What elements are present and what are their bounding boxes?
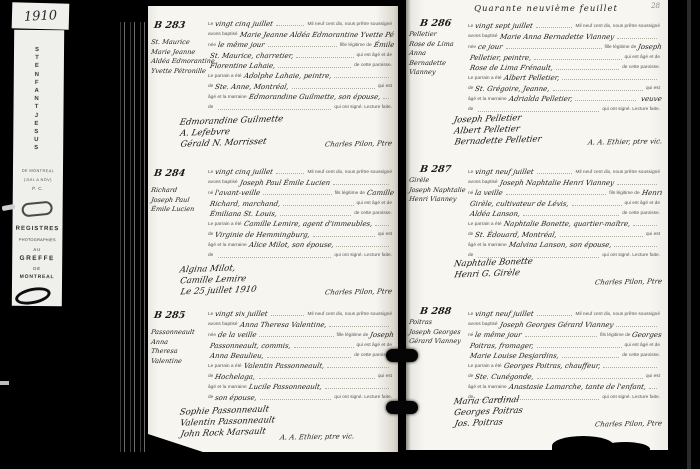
printed-form-text: de — [208, 395, 213, 402]
entry-number: B 284 — [153, 168, 186, 179]
rule-line — [536, 27, 572, 28]
entry-margin-names: St. MauriceMarie JeanneAldéa Edmorantine… — [151, 38, 207, 76]
form-line: de qui ont signé. Lecture faite. — [468, 103, 662, 113]
printed-form-text: Le — [208, 170, 213, 177]
handwritten-text: Joseph Naphtalie Henri Vianney — [499, 179, 615, 187]
printed-form-text: qui ont signé. Lecture faite. — [602, 107, 660, 114]
spine-vertical-title: S T E N F A N T J E S U S — [32, 46, 41, 153]
rule-line — [614, 246, 657, 247]
folio-corner-mark: 28 — [651, 2, 660, 10]
signatures: Algina Milot,Camille LemireLe 25 juillet… — [179, 263, 256, 299]
form-line: Rose de Lima Frénault, de cette paroisse… — [468, 62, 662, 72]
spine-stamp-line: AU — [12, 247, 62, 252]
officiant-signature: Charles Pilon, Ptre — [594, 277, 662, 286]
form-line: Passonneault, commis, qui est âgé et de — [208, 339, 394, 349]
margin-name: Émile Lucien — [150, 205, 207, 215]
handwritten-text: Virginie de Hemmingburg, — [215, 231, 311, 239]
printed-form-text: qui est âgé et de — [625, 343, 660, 350]
handwritten-text: Émile — [373, 41, 394, 49]
paperclip-icon — [21, 201, 53, 218]
printed-form-text: née — [208, 333, 216, 340]
printed-form-text: de cette paroisse. — [354, 211, 392, 218]
spine-year-patch: 1910 — [12, 2, 70, 29]
rule-line — [506, 194, 606, 195]
entry-margin-names: PassonneaultAnnaTheresaValentine — [151, 328, 207, 366]
handwritten-text: Joseph — [638, 43, 662, 51]
handwritten-text: le même jour — [217, 41, 265, 49]
printed-form-text: âgé et la marraine — [468, 385, 507, 392]
margin-name: Girèle — [408, 176, 467, 186]
handwritten-text: Passonneault, commis, — [209, 342, 291, 350]
form-line: né le même jour fils légitime de Georges — [468, 329, 662, 339]
printed-form-text: de — [468, 107, 473, 114]
entry-body: Le vingt neuf juillet Mil neuf cent dix,… — [468, 166, 662, 260]
register-page-left: B 283 St. MauriceMarie JeanneAldéa Edmor… — [148, 6, 398, 452]
form-line: âgé et la marraine Alice Milot, son épou… — [208, 239, 394, 249]
margin-name: Anna — [408, 49, 467, 59]
signatures: Maria CardinalGeorges PoitrasJos. Poitra… — [453, 395, 523, 430]
printed-form-text: qui ont signé. Lecture faite. — [334, 105, 392, 112]
spine-subtitle: P. C. — [13, 186, 63, 191]
rule-line — [313, 236, 375, 237]
handwritten-text: St. Édouard, Montréal, — [475, 231, 558, 239]
form-line: Florentine Lahaie, de cette paroisse. — [208, 60, 394, 70]
rule-line — [383, 98, 389, 99]
rule-line — [617, 38, 657, 39]
handwritten-text: Anna Theresa Valentine, — [239, 321, 327, 329]
rule-line — [218, 257, 331, 258]
rule-line — [327, 367, 389, 368]
printed-form-text: né — [468, 333, 473, 340]
spine-stamp-line: DE — [12, 266, 62, 271]
handwritten-text: Lucile Passonneault, — [248, 383, 322, 391]
printed-form-text: né — [468, 191, 473, 198]
handwritten-text: Aldéa Lanson, — [469, 210, 521, 218]
rule-line — [336, 246, 389, 247]
printed-form-text: née — [468, 45, 476, 52]
printed-form-text: de — [468, 86, 473, 93]
printed-form-text: avons baptisé — [468, 34, 498, 41]
printed-form-text: Mil neuf cent dix, nous prêtre soussigné — [307, 170, 392, 177]
handwritten-text: Adrialda Pelletier, — [508, 95, 573, 103]
form-line: Le vingt cinq juillet Mil neuf cent dix,… — [208, 18, 394, 28]
printed-form-text: âgé et la marraine — [468, 243, 507, 250]
rule-line — [603, 367, 657, 368]
margin-name: Theresa — [150, 347, 207, 357]
printed-form-text: Le parrain a été — [208, 74, 242, 81]
handwritten-text: Georges Poitras, chauffeur, — [503, 362, 601, 370]
handwritten-text: Marie Louise Desjardins, — [469, 352, 559, 360]
form-line: avons baptisé Joseph Naphtalie Henri Via… — [468, 176, 662, 186]
printed-form-text: de cette paroisse. — [622, 353, 660, 360]
printed-form-text: qui est — [378, 374, 392, 381]
printed-form-text: de — [208, 105, 213, 112]
handwritten-text: ce jour — [477, 43, 503, 51]
handwritten-text: Pelletier, peintre, — [469, 54, 532, 62]
signatures: Sophie PassonneaultValentin Passonneault… — [179, 404, 275, 440]
rule-line — [553, 90, 643, 91]
spine-stamp-line: PHOTOGRAPHIES — [12, 238, 62, 242]
margin-name: Vianney — [408, 68, 467, 78]
form-line: de Hochelaga, qui est — [208, 370, 394, 380]
form-line: Anna Beaulieu, de cette paroisse. — [208, 350, 394, 360]
spine-subtitle: (JUIL A NOV) — [13, 177, 63, 182]
form-line: Le parrain a été Adolphe Lahaie, peintre… — [208, 70, 394, 80]
margin-name: Joseph Naphtalie — [408, 186, 467, 196]
form-line: née le même jour fille légitime de Émile — [208, 39, 394, 49]
spine-label: S T E N F A N T J E S U S DE MONTREAL (J… — [12, 30, 64, 306]
rule-line — [276, 173, 304, 174]
handwritten-text: le même jour — [475, 331, 523, 339]
printed-form-text: qui est — [646, 232, 660, 239]
printed-form-text: qui est âgé et de — [357, 201, 392, 208]
spine-year-label: 1910 — [24, 8, 58, 24]
handwritten-text: Naphtalie Bonette, quartier-maître, — [503, 220, 631, 228]
handwritten-text: veuve — [641, 95, 662, 103]
margin-name: Joseph Paul — [150, 196, 207, 206]
printed-form-text: de — [468, 374, 473, 381]
form-line: de St. Édouard, Montréal, qui est — [468, 228, 662, 238]
printed-form-text: avons baptisé — [468, 322, 498, 329]
form-line: né l'avant-veille fils légitime de Camil… — [208, 187, 394, 197]
rule-line — [375, 225, 389, 226]
handwritten-text: vingt sept juillet — [475, 22, 534, 30]
entry-number: B 286 — [419, 18, 452, 29]
rule-line — [537, 315, 573, 316]
rule-line — [268, 46, 337, 47]
officiant-signature: A. A. Ethier, ptre vic. — [587, 137, 663, 146]
signatures: Joseph PelletierAlbert PelletierBernadet… — [453, 112, 541, 148]
rule-line — [633, 225, 657, 226]
printed-form-text: de — [208, 374, 213, 381]
entry-margin-names: GirèleJoseph NaphtalieHenri Vianney — [409, 176, 467, 205]
rule-line — [259, 336, 333, 337]
baptism-entry-b285: B 285 PassonneaultAnnaTheresaValentine L… — [148, 306, 398, 452]
rule-line — [506, 48, 602, 49]
printed-form-text: de — [208, 84, 213, 91]
officiant-signature: Charles Pilon, Ptre — [324, 139, 392, 148]
form-line: âgé et la marraine Anastasie Lamarche, t… — [468, 381, 662, 391]
entry-body: Le vingt neuf juillet Mil neuf cent dix,… — [468, 308, 662, 402]
entry-number: B 283 — [153, 20, 186, 31]
rule-line — [218, 109, 331, 110]
form-line: de Ste. Anne, Montréal, qui est — [208, 80, 394, 90]
form-line: âgé et la marraine Lucile Passonneault, — [208, 381, 394, 391]
form-line: Le vingt six juillet Mil neuf cent dix, … — [208, 308, 394, 318]
margin-name: Aldéa Edmorantine — [150, 57, 207, 67]
entry-margin-names: PoitrasJoseph GeorgesGérard Vianney — [409, 318, 467, 347]
printed-form-text: Le — [208, 312, 213, 319]
rule-line — [616, 326, 657, 327]
entry-number: B 287 — [419, 164, 452, 175]
printed-form-text: Le parrain a été — [468, 222, 502, 229]
rule-line — [534, 59, 621, 60]
printed-form-text: née — [208, 43, 216, 50]
printed-form-text: Le — [468, 24, 473, 31]
handwritten-text: Joseph — [370, 331, 394, 339]
printed-form-text: fille légitime de — [340, 43, 372, 50]
rule-line — [562, 357, 619, 358]
entry-number: B 285 — [153, 310, 186, 321]
handwritten-text: Ste. Anne, Montréal, — [215, 83, 290, 91]
rule-line — [556, 69, 619, 70]
entry-body: Le vingt six juillet Mil neuf cent dix, … — [208, 308, 394, 402]
form-line: née de la veille fille légitime de Josep… — [208, 329, 394, 339]
handwritten-text: Valentin Passonneault, — [243, 362, 325, 370]
printed-form-text: Mil neuf cent dix, nous prêtre soussigné — [575, 170, 660, 177]
margin-name: Bernadette — [408, 59, 467, 69]
printed-form-text: de — [208, 253, 213, 260]
rule-line — [263, 194, 331, 195]
printed-form-text: Le — [208, 22, 213, 29]
baptism-entry-b283: B 283 St. MauriceMarie JeanneAldéa Edmor… — [148, 16, 398, 166]
book-page-edges — [118, 22, 148, 452]
margin-name: Anna — [150, 338, 207, 348]
officiant-signature: A. A. Ethier, ptre vic. — [279, 432, 355, 441]
margin-name: Valentine — [150, 357, 207, 367]
handwritten-text: Camille — [366, 189, 394, 197]
printed-form-text: qui est âgé et de — [357, 343, 392, 350]
rule-line — [537, 173, 573, 174]
baptism-entry-b286: B 286 PelletierRose de LimaAnnaBernadett… — [406, 16, 668, 166]
baptism-entry-b287: B 287 GirèleJoseph NaphtalieHenri Vianne… — [406, 162, 668, 312]
printed-form-text: de — [208, 232, 213, 239]
folio-header: Quarante neuvième feuillet — [451, 4, 641, 14]
binder-post — [386, 349, 418, 362]
officiant-signature: Charles Pilon, Ptre — [324, 287, 392, 296]
printed-form-text: qui est âgé et de — [625, 55, 660, 62]
form-line: de Virginie de Hemmingburg, qui est — [208, 228, 394, 238]
form-line: Marie Louise Desjardins, de cette parois… — [468, 350, 662, 360]
entry-body: Le vingt sept juillet Mil neuf cent dix,… — [468, 20, 662, 114]
handwritten-text: Albert Pelletier, — [503, 74, 560, 82]
form-line: de Ste. Cunégonde, qui est — [468, 370, 662, 380]
form-line: Le parrain a été Naphtalie Bonette, quar… — [468, 218, 662, 228]
handwritten-text: de la veille — [217, 331, 257, 339]
handwritten-text: vingt neuf juillet — [475, 310, 535, 318]
signature: Henri G. Girèle — [453, 268, 534, 282]
form-line: Le vingt cinq juillet Mil neuf cent dix,… — [208, 166, 394, 176]
handwritten-text: Anastasie Lamarche, tante de l'enfant, — [508, 383, 647, 391]
form-line: Richard, marchand, qui est âgé et de — [208, 197, 394, 207]
form-line: avons baptisé Marie Anna Bernadette Vian… — [468, 30, 662, 40]
handwritten-text: Marie Jeanne Aldéa Edmorantine Yvette Pé… — [239, 31, 394, 39]
page-shadow — [600, 442, 650, 456]
handwritten-text: Alice Milot, son épouse, — [248, 241, 334, 249]
printed-form-text: Mil neuf cent dix, nous prêtre soussigné — [575, 24, 660, 31]
handwritten-text: Edmorandine Guilmette, son épouse, — [248, 93, 381, 101]
rule-line — [575, 100, 636, 101]
rule-line — [617, 184, 657, 185]
form-line: Girèle, cultivateur de Lévis, qui est âg… — [468, 197, 662, 207]
printed-form-text: âgé et la marraine — [208, 243, 247, 250]
handwritten-text: Rose de Lima Frénault, — [469, 64, 553, 72]
handwritten-text: Florentine Lahaie, — [209, 62, 276, 70]
handwritten-text: Georges — [632, 331, 662, 339]
rule-line — [267, 357, 351, 358]
rule-line — [560, 236, 643, 237]
printed-form-text: Mil neuf cent dix, nous prêtre soussigné — [575, 312, 660, 319]
form-line: Le parrain a été Valentin Passonneault, — [208, 360, 394, 370]
printed-form-text: de cette paroisse. — [354, 63, 392, 70]
signature: Le 25 juillet 1910 — [179, 285, 257, 299]
form-line: avons baptisé Marie Jeanne Aldéa Edmoran… — [208, 28, 394, 38]
entry-body: Le vingt cinq juillet Mil neuf cent dix,… — [208, 166, 394, 260]
form-line: Le parrain a été Georges Poitras, chauff… — [468, 360, 662, 370]
film-speck — [0, 381, 9, 385]
entry-margin-names: RichardJoseph PaulÉmile Lucien — [151, 186, 207, 215]
spine-stamp-line: MONTREAL — [12, 274, 62, 280]
handwritten-text: Camille Lemire, agent d'immeubles, — [243, 220, 373, 228]
form-line: Émiliana St. Louis, de cette paroisse. — [208, 208, 394, 218]
printed-form-text: Le parrain a été — [208, 364, 242, 371]
rule-line — [271, 315, 305, 316]
form-line: née ce jour fille légitime de Joseph — [468, 41, 662, 51]
handwritten-text: Joseph Georges Gérard Vianney — [499, 321, 614, 329]
printed-form-text: Le parrain a été — [468, 364, 502, 371]
printed-form-text: fils légitime de — [335, 191, 365, 198]
rule-line — [562, 79, 657, 80]
margin-name: Poitras — [408, 318, 467, 328]
form-line: Le vingt neuf juillet Mil neuf cent dix,… — [468, 166, 662, 176]
microfilm-scan: 1910 S T E N F A N T J E S U S DE MONTRE… — [0, 0, 700, 469]
printed-form-text: âgé et la marraine — [208, 95, 247, 102]
printed-form-text: avons baptisé — [208, 322, 238, 329]
rule-line — [537, 347, 622, 348]
handwritten-text: Anna Beaulieu, — [209, 352, 264, 360]
spine-stamp-line: REGISTRES — [12, 226, 62, 232]
rule-line — [278, 67, 351, 68]
form-line: Le vingt neuf juillet Mil neuf cent dix,… — [468, 308, 662, 318]
form-line: Pelletier, peintre, qui est âgé et de — [468, 51, 662, 61]
printed-form-text: qui ont signé. Lecture faite. — [334, 253, 392, 260]
film-edge-strip — [687, 0, 691, 469]
baptism-entry-b288: B 288 PoitrasJoseph GeorgesGérard Vianne… — [406, 304, 668, 450]
handwritten-text: Marie Anna Bernadette Vianney — [499, 33, 615, 41]
printed-form-text: de — [468, 232, 473, 239]
form-line: de St. Grégoire, Jeanne, qui est — [468, 82, 662, 92]
printed-form-text: de cette paroisse. — [622, 65, 660, 72]
rule-line — [296, 57, 353, 58]
rule-line — [325, 388, 389, 389]
rule-line — [294, 347, 354, 348]
rule-line — [478, 111, 599, 112]
spine-subtitle: DE MONTREAL — [13, 168, 63, 173]
handwritten-text: vingt cinq juillet — [215, 168, 274, 176]
handwritten-text: Henri — [641, 189, 662, 197]
printed-form-text: Mil neuf cent dix, nous prêtre soussigné — [307, 22, 392, 29]
printed-form-text: qui est âgé et de — [625, 201, 660, 208]
printed-form-text: fille légitime de — [605, 45, 637, 52]
rule-line — [283, 205, 353, 206]
rule-line — [280, 215, 351, 216]
form-line: âgé et la marraine Malvina Lanson, son é… — [468, 239, 662, 249]
form-line: Aldéa Lanson, de cette paroisse. — [468, 208, 662, 218]
signature: Bernadette Pelletier — [453, 134, 542, 148]
paperclip-icon — [14, 285, 52, 308]
printed-form-text: qui est — [646, 374, 660, 381]
handwritten-text: la veille — [475, 189, 504, 197]
form-line: âgé et la marraine Adrialda Pelletier, v… — [468, 93, 662, 103]
entry-body: Le vingt cinq juillet Mil neuf cent dix,… — [208, 18, 394, 112]
rule-line — [572, 205, 622, 206]
printed-form-text: fils légitime de — [600, 333, 630, 340]
printed-form-text: qui ont signé. Lecture faite. — [602, 253, 660, 260]
handwritten-text: vingt neuf juillet — [475, 168, 535, 176]
rule-line — [292, 88, 375, 89]
handwritten-text: l'avant-veille — [215, 189, 262, 197]
printed-form-text: qui est âgé et de — [357, 53, 392, 60]
form-line: Le parrain a été Albert Pelletier, — [468, 72, 662, 82]
printed-form-text: Le parrain a été — [468, 76, 502, 83]
printed-form-text: Mil neuf cent dix, nous prêtre soussigné — [307, 312, 392, 319]
signature: Gérald N. Morrisset — [179, 136, 284, 151]
handwritten-text: Richard, marchand, — [209, 200, 281, 208]
margin-name: Yvette Pétronille — [150, 67, 207, 77]
printed-form-text: qui ont signé. Lecture faite. — [602, 395, 660, 402]
printed-form-text: âgé et la marraine — [208, 385, 247, 392]
rule-line — [537, 378, 643, 379]
margin-name: Rose de Lima — [408, 40, 467, 50]
handwritten-text: vingt cinq juillet — [215, 20, 274, 28]
handwritten-text: son épouse, — [215, 394, 258, 402]
printed-form-text: né — [208, 191, 213, 198]
rule-line — [523, 215, 619, 216]
margin-name: Henri Vianney — [408, 195, 467, 205]
printed-form-text: Le parrain a été — [208, 222, 242, 229]
handwritten-text: Émiliana St. Louis, — [209, 210, 277, 218]
handwritten-text: Adolphe Lahaie, peintre, — [243, 72, 332, 80]
form-line: avons baptisé Anna Theresa Valentine, — [208, 318, 394, 328]
margin-name: Marie Jeanne — [150, 48, 207, 58]
form-line: de qui ont signé. Lecture faite. — [208, 249, 394, 259]
handwritten-text: vingt six juillet — [215, 310, 269, 318]
printed-form-text: qui ont signé. Lecture faite. — [334, 395, 392, 402]
printed-form-text: qui est — [378, 232, 392, 239]
margin-name: Richard — [150, 186, 207, 196]
rule-line — [333, 184, 389, 185]
signatures: Edmorandine GuilmetteA. LefebvreGérald N… — [179, 114, 284, 151]
form-line: âgé et la marraine Edmorandine Guilmette… — [208, 91, 394, 101]
margin-name: Pelletier — [408, 30, 467, 40]
form-line: de qui ont signé. Lecture faite. — [208, 101, 394, 111]
form-line: de son épouse, qui ont signé. Lecture fa… — [208, 391, 394, 401]
handwritten-text: Poitras, fromager, — [469, 342, 534, 350]
signature: Jos. Poitras — [453, 417, 524, 430]
printed-form-text: fils légitime de — [609, 191, 639, 198]
binder-post — [386, 401, 418, 414]
printed-form-text: Le — [468, 170, 473, 177]
rule-line — [334, 77, 389, 78]
handwritten-text: Hochelaga, — [215, 373, 257, 381]
printed-form-text: avons baptisé — [468, 180, 498, 187]
margin-name: St. Maurice — [150, 38, 207, 48]
printed-form-text: qui est — [378, 84, 392, 91]
form-line: St. Maurice, charretier, qui est âgé et … — [208, 49, 394, 59]
officiant-signature: Charles Pilon, Ptre — [594, 419, 662, 428]
handwritten-text: Malvina Lanson, son épouse, — [508, 241, 612, 249]
form-line: Poitras, fromager, qui est âgé et de — [468, 339, 662, 349]
register-page-right: Quarante neuvième feuillet 28 B 286 Pell… — [406, 0, 668, 450]
entry-number: B 288 — [419, 306, 452, 317]
printed-form-text: avons baptisé — [208, 180, 238, 187]
form-line: Le parrain a été Camille Lemire, agent d… — [208, 218, 394, 228]
rule-line — [276, 25, 304, 26]
signatures: Naphtalie BonetteHenri G. Girèle — [454, 257, 534, 282]
handwritten-text: Girèle, cultivateur de Lévis, — [469, 200, 569, 208]
spine-stamp-line: GREFFE — [12, 255, 62, 262]
form-line: Le vingt sept juillet Mil neuf cent dix,… — [468, 20, 662, 30]
